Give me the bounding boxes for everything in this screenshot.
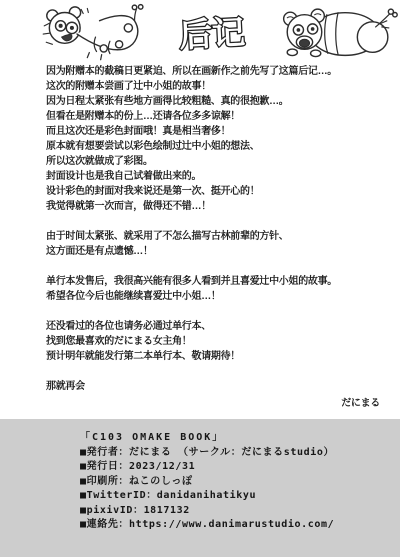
body-line: 原本就有想要尝试以彩色绘制过辻中小姐的想法、 <box>46 139 380 154</box>
body-line: 但看在是附赠本的份上…还请各位多多谅解！ <box>46 109 380 124</box>
colophon-title: 「C103 OMAKE BOOK」 <box>80 431 400 446</box>
paragraph: 由于时间太紧张、就采用了不怎么描写古林前辈的方针、 这方面还是有点遗憾…！ <box>46 229 380 259</box>
paragraph: 还没看过的各位也请务必通过单行本、 找到您最喜欢的だにまる女主角！ 预计明年就能… <box>46 319 380 364</box>
body-line: 而且这次还是彩色封面哦！真是相当奢侈！ <box>46 124 380 139</box>
colophon-block: 「C103 OMAKE BOOK」 ■発行者：だにまる （サークル：だにまるst… <box>0 419 400 557</box>
author-signature: だにまる <box>46 396 380 411</box>
body-line: 封面设计也是我自己试着做出来的。 <box>46 169 380 184</box>
colophon-contact-url: ■連絡先：https://www.danimarustudio.com/ <box>80 518 400 533</box>
panda-caterpillar-doodle-right-icon <box>274 5 398 59</box>
body-line: 预计明年就能发行第二本单行本、敬请期待！ <box>46 349 380 364</box>
colophon-pixiv-id: ■pixivID：1817132 <box>80 504 400 519</box>
body-line: 我觉得就第一次而言，做得还不错…！ <box>46 199 380 214</box>
closing-text: 那就再会 <box>46 379 380 394</box>
colophon-publisher: ■発行者：だにまる （サークル：だにまるstudio） <box>80 446 400 461</box>
svg-text:后记: 后记 <box>178 12 246 54</box>
body-line: 这方面还是有点遗憾…！ <box>46 244 380 259</box>
panda-caterpillar-doodle-left-icon <box>36 3 154 61</box>
body-line: 由于时间太紧张、就采用了不怎么描写古林前辈的方针、 <box>46 229 380 244</box>
paragraph: 因为附赠本的截稿日更紧迫、所以在画新作之前先写了这篇后记…。 这次的附赠本尝画了… <box>46 64 380 214</box>
colophon-printer: ■印刷所：ねこのしっぽ <box>80 475 400 490</box>
body-line: 单行本发售后，我很高兴能有很多人看到并且喜爱辻中小姐的故事。 <box>46 274 380 289</box>
afterword-title: 后记 <box>169 6 255 58</box>
body-line: 因为日程太紧张有些地方画得比较粗糙、真的很抱歉…。 <box>46 94 380 109</box>
body-line: 这次的附赠本尝画了辻中小姐的故事！ <box>46 79 380 94</box>
body-line: 设计彩色的封面对我来说还是第一次、挺开心的！ <box>46 184 380 199</box>
colophon-publish-date: ■発行日：2023/12/31 <box>80 460 400 475</box>
closing-line: 那就再会 <box>46 379 380 394</box>
body-line: 因为附赠本的截稿日更紧迫、所以在画新作之前先写了这篇后记…。 <box>46 64 380 79</box>
afterword-body: 因为附赠本的截稿日更紧迫、所以在画新作之前先写了这篇后记…。 这次的附赠本尝画了… <box>46 64 380 411</box>
colophon-twitter-id: ■TwitterID：danidanihatikyu <box>80 489 400 504</box>
afterword-page: 后记 因为附赠本的截稿日更紧 <box>0 0 400 560</box>
body-line: 找到您最喜欢的だにまる女主角！ <box>46 334 380 349</box>
paragraph: 单行本发售后，我很高兴能有很多人看到并且喜爱辻中小姐的故事。 希望各位今后也能继… <box>46 274 380 304</box>
body-line: 还没看过的各位也请务必通过单行本、 <box>46 319 380 334</box>
body-line: 所以这次就做成了彩图。 <box>46 154 380 169</box>
body-line: 希望各位今后也能继续喜爱辻中小姐…！ <box>46 289 380 304</box>
